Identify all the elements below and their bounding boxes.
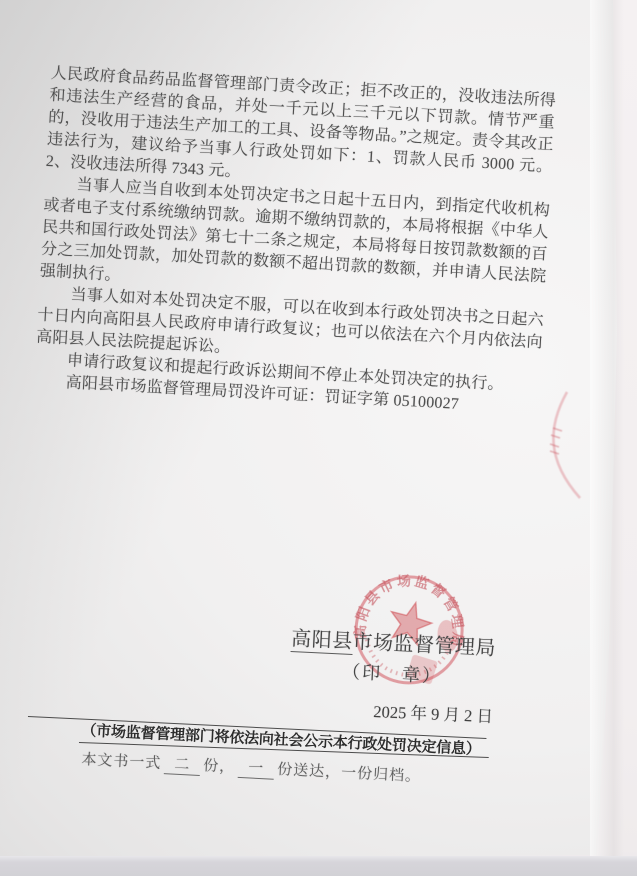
scanned-document: 人民政府食品药品监督管理部门责令改正；拒不改正的，没收违法所得和违法生产经营的食… [0,0,637,876]
delivered-count-blank: 一 [238,761,275,780]
faint-stamp-residue [533,388,633,503]
agency-name-rest: 市场监督管理局 [352,631,496,660]
copies-count-blank: 二 [164,757,201,776]
agency-name-underlined: 高阳县 [291,628,354,655]
copies-mid: 份， [203,758,236,776]
document-body: 人民政府食品药品监督管理部门责令改正；拒不改正的，没收违法所得和违法生产经营的食… [33,50,557,420]
signature-block: 高阳县市场监督管理局 （印 章） [289,622,497,691]
scanner-bed [0,856,637,876]
copies-prefix: 本文书一式 [81,752,162,772]
